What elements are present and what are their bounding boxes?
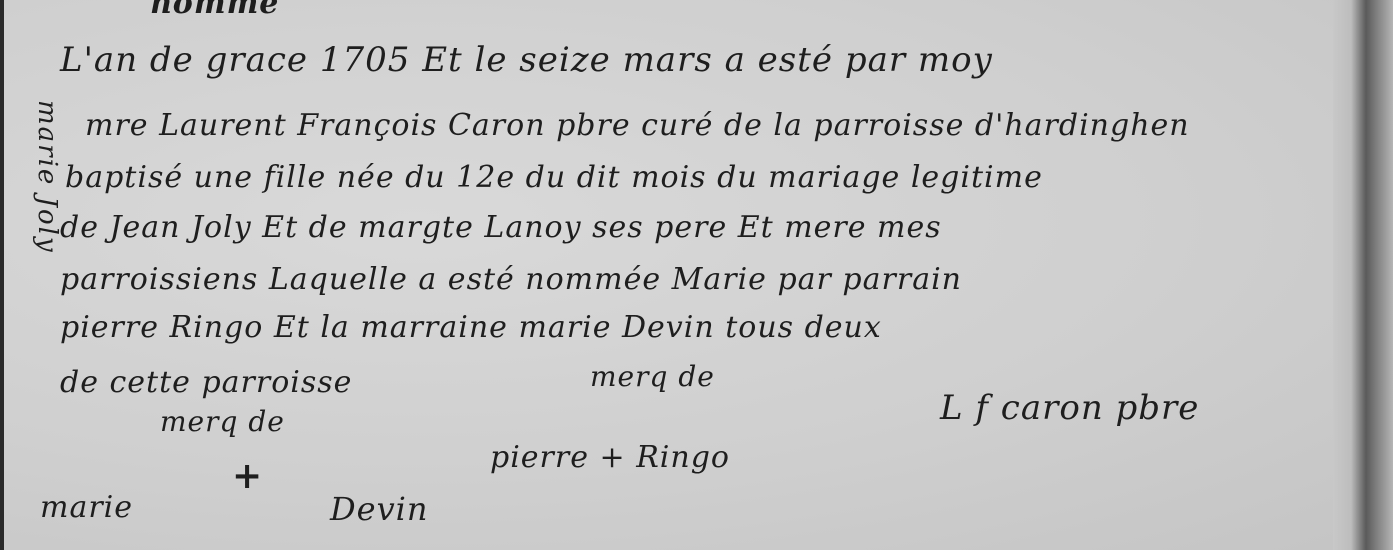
entry-line-7: de cette parroisse xyxy=(60,365,352,400)
mark-label-godmother: merq de xyxy=(160,405,285,438)
godmother-last-name: Devin xyxy=(330,490,429,528)
entry-line-4: de Jean Joly Et de margte Lanoy ses pere… xyxy=(60,210,942,245)
mark-label-godfather: merq de xyxy=(590,360,715,393)
entry-line-3: baptisé une fille née du 12e du dit mois… xyxy=(65,160,1043,195)
binding-gutter xyxy=(1333,0,1393,550)
entry-line-2: mre Laurent François Caron pbre curé de … xyxy=(85,108,1190,143)
entry-line-6: pierre Ringo Et la marraine marie Devin … xyxy=(60,310,882,345)
page-edge xyxy=(0,0,4,550)
entry-line-1: L'an de grace 1705 Et le seize mars a es… xyxy=(60,40,993,80)
margin-note-name: marie Joly xyxy=(32,100,62,254)
godfather-signature: pierre + Ringo xyxy=(490,440,730,475)
godmother-first-name: marie xyxy=(40,490,133,525)
entry-line-5: parroissiens Laquelle a esté nommée Mari… xyxy=(60,262,962,297)
previous-entry-fragment: nommé xyxy=(150,0,279,21)
register-page: nommé marie Joly L'an de grace 1705 Et l… xyxy=(0,0,1393,550)
cross-mark-icon: + xyxy=(232,455,263,497)
priest-signature: L f caron pbre xyxy=(940,388,1199,428)
